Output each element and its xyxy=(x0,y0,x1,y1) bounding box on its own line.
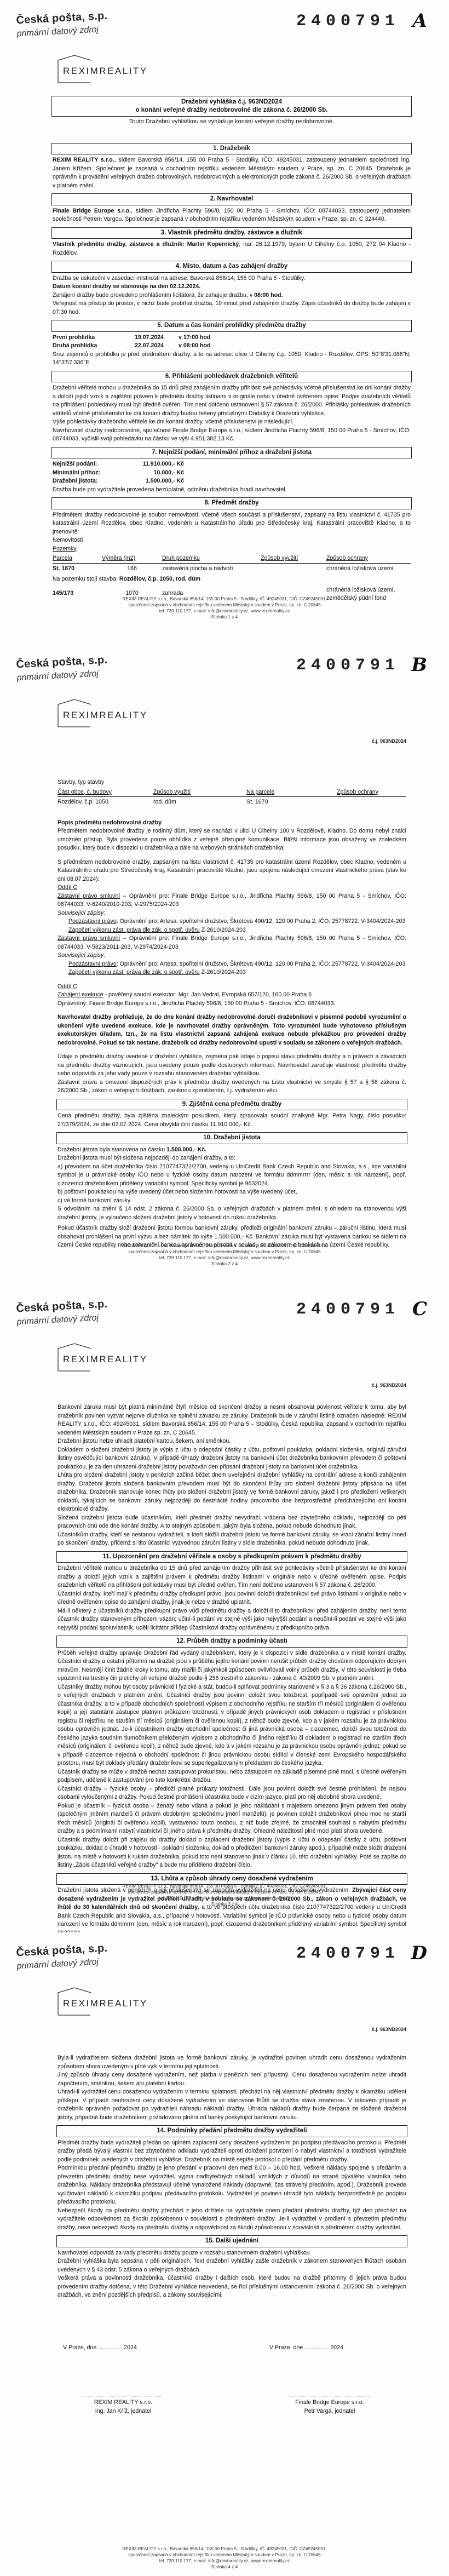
execution-entry: Zahájení exekuce - pověřený soudní exeku… xyxy=(57,991,406,1000)
pozemky-label: Pozemky xyxy=(53,545,411,554)
lien-entry: Zástavní právo smluvní – Oprávnění pro: … xyxy=(57,892,406,909)
rexim-logo: REXIMREALITY xyxy=(57,55,134,83)
subject-intro: Předmětem dražby nedobrovolné je soubor … xyxy=(53,511,411,537)
section-heading: 2. Navrhovatel xyxy=(51,193,412,205)
rexim-logo: REXIMREALITY xyxy=(57,1987,134,2016)
section-heading: 3. Vlastník předmětu dražby, zástavce a … xyxy=(51,227,412,239)
section-heading: 8. Předmět dražby xyxy=(51,497,412,509)
claims-text: Dražební věřitelé mohou u dražebníka do … xyxy=(53,384,411,418)
fee-note: Dražba bude pro vydražitele provedena be… xyxy=(53,486,411,495)
page-letter: A xyxy=(413,10,427,32)
document-number: 2400791 xyxy=(296,1300,400,1319)
oddil-label: Oddíl C xyxy=(57,883,406,892)
signature-line xyxy=(82,2396,164,2396)
post-stamp: Česká pošta, s.p. primární datový zdroj xyxy=(16,1942,108,1972)
rexim-logo: REXIMREALITY xyxy=(57,699,134,727)
nemovitosti-label: Nemovitosti xyxy=(53,536,411,545)
section-heading: 12. Průběh dražby a podmínky účasti xyxy=(56,1636,407,1648)
section-heading: 14. Podmínky předání předmětu dražby vyd… xyxy=(56,2125,407,2137)
auctioneer-text: REXIM REALITY s.r.o., sídlem Bavorská 85… xyxy=(53,156,411,190)
auction-date: Datum konání dražby se stanovuje na den … xyxy=(53,283,411,291)
rexim-logo: REXIMREALITY xyxy=(57,1343,134,1372)
page-letter: C xyxy=(412,1298,427,1320)
case-reference: č.j. 963ND2024 xyxy=(372,738,406,744)
lien-entry: Zástavní právo smluvní – Oprávnění pro: … xyxy=(57,934,406,951)
page-1: Česká pošta, s.p. primární datový zdroj … xyxy=(0,0,449,644)
table-row: St. 1670 166 zastavěná plocha a nádvoří … xyxy=(53,563,411,574)
page-1-content: Dražební vyhláška č.j. 963ND2024 o konán… xyxy=(53,96,411,604)
page-letter: B xyxy=(411,654,427,676)
post-title: Česká pošta, s.p. xyxy=(16,10,108,27)
section-heading: 1. Dražebník xyxy=(51,143,412,155)
signature-block: V Praze, dne ............... 2024 REXIM … xyxy=(57,2344,406,2416)
visit-row: Druhá prohlídka22.07.2024v 08:00 hod xyxy=(53,342,411,351)
auction-start: Zahájení dražby bude provedeno prohlášen… xyxy=(53,291,411,300)
logo-text: REXIMREALITY xyxy=(63,66,148,77)
visit-row: První prohlídka19.07.2024v 17:00 hod xyxy=(53,334,411,342)
section-heading: 11. Upozornění pro dražební věřitele a o… xyxy=(56,1551,407,1563)
owner-text: Vlastník předmětu dražby, zástavce a dlu… xyxy=(53,240,411,257)
post-stamp: Česká pošta, s.p. primární datový zdroj xyxy=(16,10,108,39)
proposer-text: Finale Bridge Europe s.r.o., sídlem Jind… xyxy=(53,207,411,224)
page-footer: REXIM REALITY s.r.o., Bavorská 856/14, 1… xyxy=(0,2546,449,2570)
section-heading: 7. Nejnižší podání, minimální příhoz a d… xyxy=(51,447,412,459)
signature-left: V Praze, dne ............... 2024 REXIM … xyxy=(63,2344,183,2416)
case-reference: č.j. 963ND2024 xyxy=(372,2027,406,2032)
document-number: 2400791 xyxy=(296,1944,400,1963)
section-heading: 15. Další ujednání xyxy=(56,2235,407,2247)
description-heading: Popis předmětu nedobrovolné dražby xyxy=(57,819,406,828)
page-2: Česká pošta, s.p. primární datový zdroj … xyxy=(0,644,449,1288)
description-text: Předmětem nedobrovolné dražby je rodinný… xyxy=(57,827,406,853)
page-footer: REXIM REALITY s.r.o., Bavorská 856/14, 1… xyxy=(0,1883,449,1907)
buildings-label: Stavby, typ stavby xyxy=(57,778,406,787)
section-heading: 5. Datum a čas konání prohlídky předmětu… xyxy=(51,320,412,332)
signature-right: V Praze, dne ............... 2024 Finale… xyxy=(269,2344,390,2416)
section-heading: 4. Místo, datum a čas zahájení dražby xyxy=(51,261,412,273)
table-row: Rozdělov, č.p. 1050 rod. dům St. 1670 xyxy=(57,797,406,808)
signature-line xyxy=(289,2396,371,2396)
section-heading: 6. Přihlášení pohledávek dražebních věři… xyxy=(51,371,412,383)
notice-title: Dražební vyhláška č.j. 963ND2024 o konán… xyxy=(51,96,412,117)
valuation-text: Cena předmětu dražby, byla zjištěna znal… xyxy=(57,1112,406,1129)
price-row: Minimální příhoz:10.000,- Kč xyxy=(53,469,411,478)
notice-subtitle: Touto Dražební vyhláškou se vyhlašuje ko… xyxy=(53,118,411,127)
post-stamp: Česká pošta, s.p. primární datový zdroj xyxy=(16,1298,108,1328)
post-subtitle: primární datový zdroj xyxy=(16,25,108,39)
page-4: Česká pošta, s.p. primární datový zdroj … xyxy=(0,1932,449,2576)
price-row: Dražební jistota:1.500.000,- Kč xyxy=(53,477,411,486)
page-4-content: Byla-li vydražitelem složena dražební ji… xyxy=(57,2054,406,2416)
buildings-table: Část obce, č. budovy Způsob využití Na p… xyxy=(57,788,406,808)
claims-amount-intro: Výše pohledávky dražebního věřitele ke d… xyxy=(53,418,411,427)
restrictions-intro: S předmětem nedobrovolné dražby, zapsaný… xyxy=(57,858,406,884)
visit-meeting-point: Sraz zájemců o prohlídku je před předmět… xyxy=(53,351,411,368)
page-3: Česká pošta, s.p. primární datový zdroj … xyxy=(0,1288,449,1932)
post-stamp: Česká pošta, s.p. primární datový zdroj xyxy=(16,654,108,684)
proposer-declaration: Navrhovatel dražby prohlašuje, že do dne… xyxy=(57,1013,406,1047)
document-number: 2400791 xyxy=(296,656,400,675)
page-3-content: Bankovní záruka musí být platná minimáln… xyxy=(57,1403,406,1932)
document-number: 2400791 xyxy=(296,12,400,31)
page-footer: REXIM REALITY s.r.o., Bavorská 856/14, 1… xyxy=(0,596,449,620)
section-heading: 9. Zjištěná cena předmětu dražby xyxy=(56,1099,407,1111)
price-row: Nejnižší podání:11.910.000,- Kč xyxy=(53,460,411,469)
building-note-row: Na pozemku stojí stavba: Rozdělov, č.p. … xyxy=(53,574,411,585)
page-2-content: Stavby, typ stavby Část obce, č. budovy … xyxy=(57,778,406,1250)
section-heading: 10. Dražební jistota xyxy=(56,1132,407,1144)
public-access: Veřejnost má přístup do prostor, v nichž… xyxy=(53,300,411,317)
page-footer: REXIM REALITY s.r.o., Bavorská 856/14, 1… xyxy=(0,1243,449,1267)
claims-amount: Navrhovatel dražby nedobrovolné, společn… xyxy=(53,427,411,444)
case-reference: č.j. 963ND2024 xyxy=(372,1382,406,1388)
auction-place: Dražba se uskuteční v zasedací místnosti… xyxy=(53,274,411,283)
page-letter: D xyxy=(411,1942,427,1964)
